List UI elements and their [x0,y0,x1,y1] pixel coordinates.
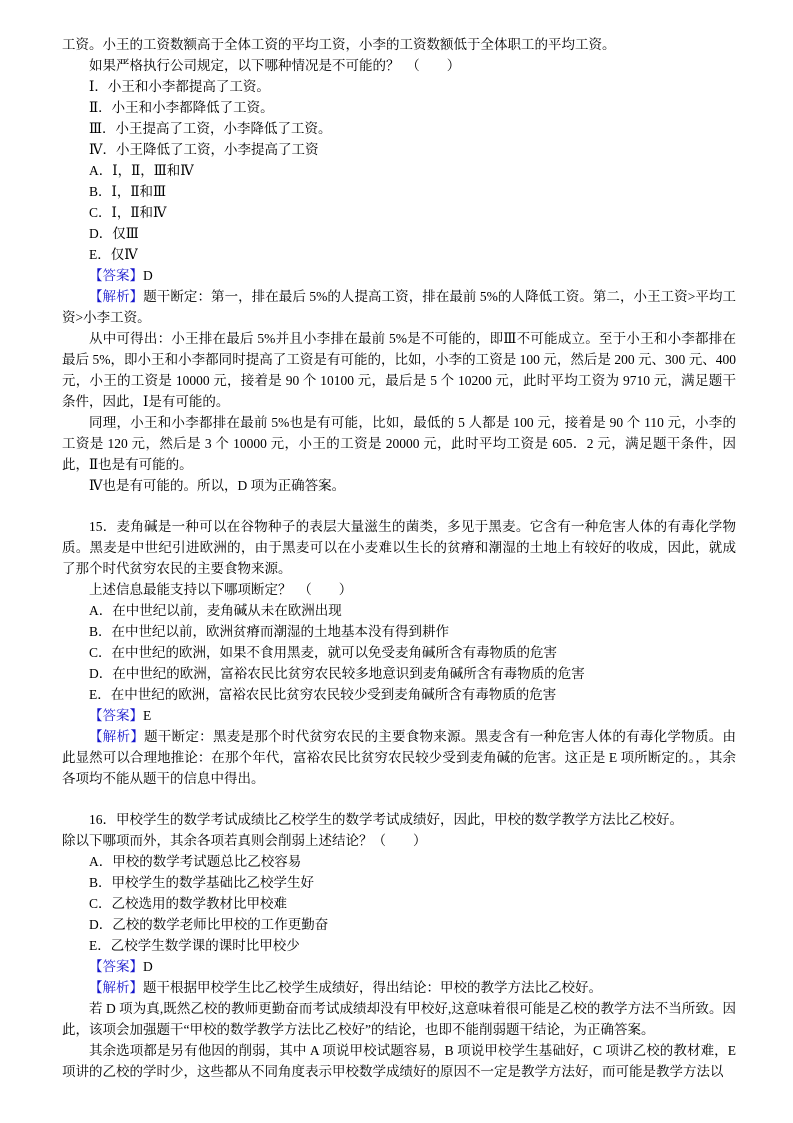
q16-answer: 【答案】D [62,956,736,977]
q14-option-e: E．仅Ⅳ [62,244,736,265]
q14-answer: 【答案】D [62,265,736,286]
q14-analysis-marker: 【解析】 [89,289,143,304]
document-content: 工资。小王的工资数额高于全体工资的平均工资，小李的工资数额低于全体职工的平均工资… [62,34,736,1082]
q14-analysis-p3: 同理，小王和小李都排在最前 5%也是有可能，比如，最低的 5 人都是 100 元… [62,412,736,475]
q16-analysis-text: 题干根据甲校学生比乙校学生成绩好，得出结论：甲校的教学方法比乙校好。 [143,980,602,995]
q14-analysis: 【解析】题干断定：第一，排在最后 5%的人提高工资，排在最前 5%的人降低工资。… [62,286,736,328]
q14-statement-4: Ⅳ．小王降低了工资，小李提高了工资 [62,139,736,160]
section-gap-1 [62,496,736,516]
q14-option-c: C．Ⅰ，Ⅱ和Ⅳ [62,202,736,223]
q14-stem-continuation: 工资。小王的工资数额高于全体工资的平均工资，小李的工资数额低于全体职工的平均工资… [62,34,736,55]
q15-analysis-text: 题干断定：黑麦是那个时代贫穷农民的主要食物来源。黑麦含有一种危害人体的有毒化学物… [62,729,736,786]
q16-analysis-p3: 其余选项都是另有他因的削弱，其中 A 项说甲校试题容易，B 项说甲校学生基础好，… [62,1040,736,1082]
q16-option-d: D．乙校的数学老师比甲校的工作更勤奋 [62,914,736,935]
q16-analysis-marker: 【解析】 [89,980,143,995]
q15-option-d: D．在中世纪的欧洲，富裕农民比贫穷农民较多地意识到麦角碱所含有毒物质的危害 [62,663,736,684]
q14-answer-text: D [143,268,153,283]
q14-option-d: D．仅Ⅲ [62,223,736,244]
q14-option-b: B．Ⅰ，Ⅱ和Ⅲ [62,181,736,202]
q14-analysis-text: 题干断定：第一，排在最后 5%的人提高工资，排在最前 5%的人降低工资。第二，小… [62,289,736,325]
document-page: 工资。小王的工资数额高于全体工资的平均工资，小李的工资数额低于全体职工的平均工资… [0,0,793,1123]
q16-analysis-p2: 若 D 项为真,既然乙校的教师更勤奋而考试成绩却没有甲校好,这意味着很可能是乙校… [62,998,736,1040]
q15-analysis: 【解析】题干断定：黑麦是那个时代贫穷农民的主要食物来源。黑麦含有一种危害人体的有… [62,726,736,789]
q15-option-e: E．在中世纪的欧洲，富裕农民比贫穷农民较少受到麦角碱所含有毒物质的危害 [62,684,736,705]
q16-prompt: 除以下哪项而外，其余各项若真则会削弱上述结论？（ ） [62,830,736,851]
section-gap-2 [62,789,736,809]
q14-analysis-p4: Ⅳ也是有可能的。所以，D 项为正确答案。 [62,475,736,496]
q14-statement-1: Ⅰ．小王和小李都提高了工资。 [62,76,736,97]
q14-analysis-p2: 从中可得出：小王排在最后 5%并且小李排在最前 5%是不可能的，即Ⅲ不可能成立。… [62,328,736,412]
q15-answer-marker: 【答案】 [89,708,143,723]
q15-analysis-marker: 【解析】 [89,729,144,744]
q15-option-b: B．在中世纪以前，欧洲贫瘠而潮湿的土地基本没有得到耕作 [62,621,736,642]
q14-statement-3: Ⅲ．小王提高了工资，小李降低了工资。 [62,118,736,139]
q14-prompt: 如果严格执行公司规定，以下哪种情况是不可能的？ （ ） [62,55,736,76]
q15-answer-text: E [143,708,151,723]
q16-option-c: C．乙校选用的数学教材比甲校难 [62,893,736,914]
q15-option-c: C．在中世纪的欧洲，如果不食用黑麦，就可以免受麦角碱所含有毒物质的危害 [62,642,736,663]
q16-option-a: A．甲校的数学考试题总比乙校容易 [62,851,736,872]
q16-option-b: B．甲校学生的数学基础比乙校学生好 [62,872,736,893]
q14-answer-marker: 【答案】 [89,268,143,283]
q15-option-a: A．在中世纪以前，麦角碱从未在欧洲出现 [62,600,736,621]
q15-prompt: 上述信息最能支持以下哪项断定？ （ ） [62,579,736,600]
q16-answer-text: D [143,959,153,974]
q16-stem: 16．甲校学生的数学考试成绩比乙校学生的数学考试成绩好，因此，甲校的数学教学方法… [62,809,736,830]
q16-analysis: 【解析】题干根据甲校学生比乙校学生成绩好，得出结论：甲校的教学方法比乙校好。 [62,977,736,998]
q16-option-e: E．乙校学生数学课的课时比甲校少 [62,935,736,956]
q14-statement-2: Ⅱ．小王和小李都降低了工资。 [62,97,736,118]
q14-option-a: A．Ⅰ，Ⅱ，Ⅲ和Ⅳ [62,160,736,181]
q15-stem: 15．麦角碱是一种可以在谷物种子的表层大量滋生的菌类，多见于黑麦。它含有一种危害… [62,516,736,579]
q16-answer-marker: 【答案】 [89,959,143,974]
q15-answer: 【答案】E [62,705,736,726]
